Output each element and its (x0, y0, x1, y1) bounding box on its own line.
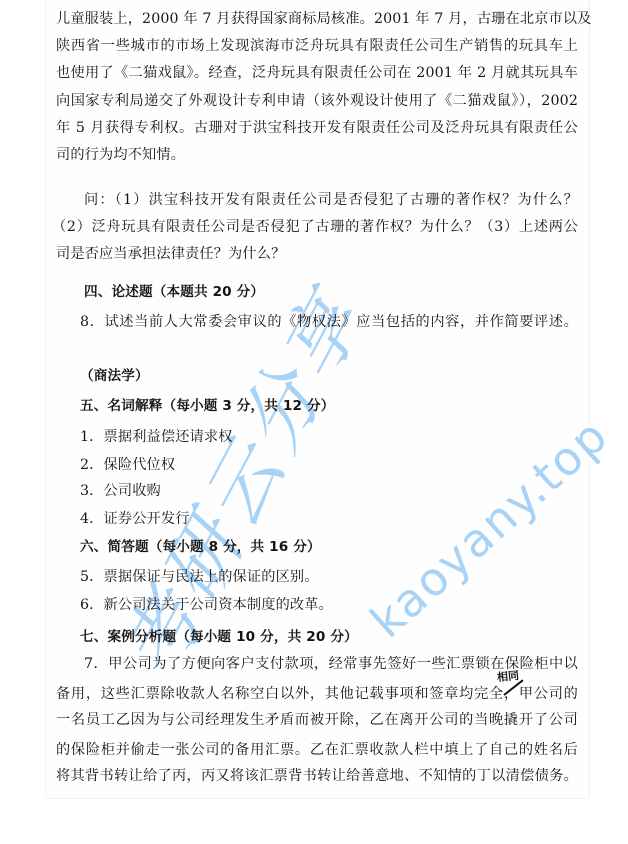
question-line: （2）泛舟玩具有限责任公司是否侵犯了古珊的著作权？为什么？（3）上述两公 (52, 218, 578, 236)
case-line: 备用，这些汇票除收款人名称空白以外，其他记载事项和签章均完全，甲公司的 (56, 685, 578, 703)
handwritten-annotation: 相同 (496, 667, 520, 685)
case-line: 的保险柜并偷走一张公司的备用汇票。乙在汇票收款人栏中填上了自己的姓名后 (56, 741, 578, 759)
case-line: 将其背书转让给了丙，丙又将该汇票背书转让给善意地、不知情的丁以清偿债务。 (56, 767, 578, 785)
paragraph-line: 儿童服装上，2000 年 7 月获得国家商标局核准。2001 年 7 月，古珊在… (56, 10, 578, 28)
section-heading-6: 六、简答题（每小题 8 分，共 16 分） (80, 538, 321, 556)
case-line: 一名员工乙因为与公司经理发生矛盾而被开除，乙在离开公司的当晚撬开了公司 (56, 711, 578, 729)
section-heading-7: 七、案例分析题（每小题 10 分，共 20 分） (80, 628, 358, 646)
list-item: 5．票据保证与民法上的保证的区别。 (80, 568, 319, 586)
list-item: 6．新公司法关于公司资本制度的改革。 (80, 596, 333, 614)
essay-question: 8．试述当前人大常委会审议的《物权法》应当包括的内容，并作简要评述。 (80, 313, 578, 331)
list-item: 4．证券公开发行 (80, 510, 190, 528)
list-item: 3．公司收购 (80, 482, 161, 500)
paragraph-line: 向国家专利局递交了外观设计专利申请（该外观设计使用了《二猫戏鼠》），2002 (56, 92, 578, 110)
question-line: 司是否应当承担法律责任？为什么？ (56, 245, 285, 263)
paragraph-line: 年 5 月获得专利权。古珊对于洪宝科技开发有限责任公司及泛舟玩具有限责任公 (56, 119, 578, 137)
subject-heading: （商法学） (80, 367, 149, 385)
section-heading-5: 五、名词解释（每小题 3 分，共 12 分） (80, 397, 335, 415)
paragraph-line: 陕西省一些城市的市场上发现滨海市泛舟玩具有限责任公司生产销售的玩具车上 (56, 37, 578, 55)
list-item: 2．保险代位权 (80, 456, 175, 474)
list-item: 1．票据利益偿还请求权 (80, 428, 233, 446)
paragraph-line: 司的行为均不知情。 (56, 146, 185, 164)
section-heading-4: 四、论述题（本题共 20 分） (84, 283, 264, 301)
question-line: 问：（1）洪宝科技开发有限责任公司是否侵犯了古珊的著作权？为什么？ (84, 191, 578, 209)
paragraph-line: 也使用了《二猫戏鼠》。经查，泛舟玩具有限责任公司在 2001 年 2 月就其玩具… (56, 64, 578, 82)
